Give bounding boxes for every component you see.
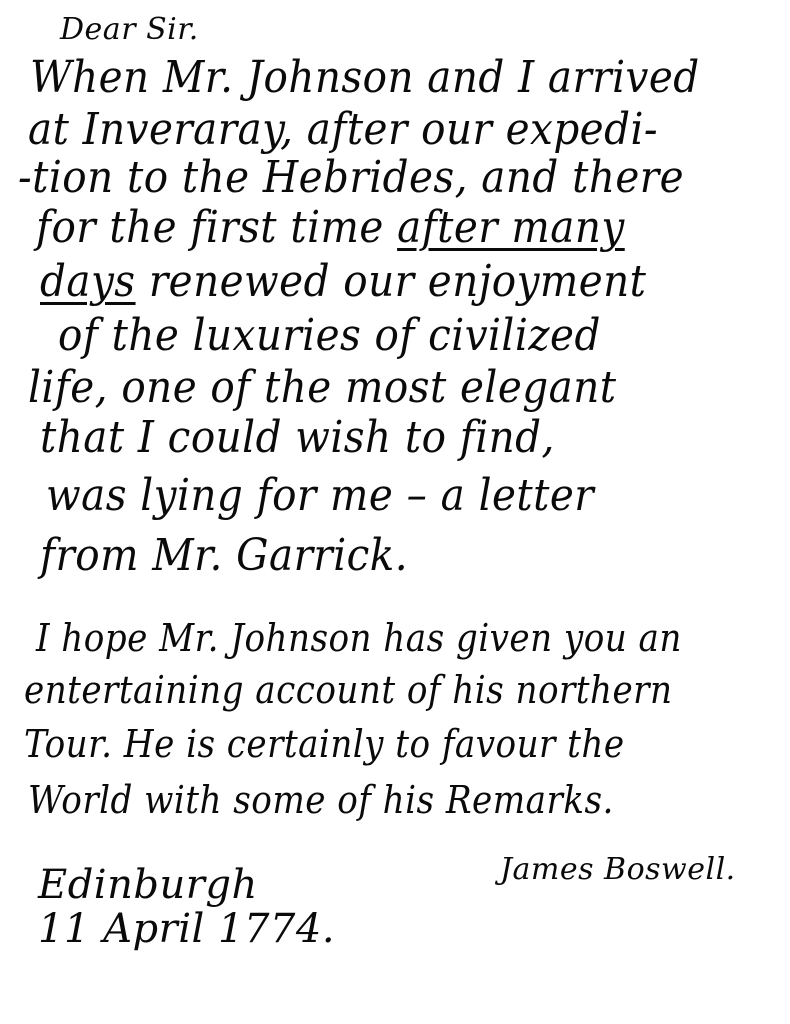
body-line-9: was lying for me – a letter bbox=[46, 470, 594, 521]
body-line-4-text: for the first time bbox=[36, 202, 384, 253]
body-line-6: of the luxuries of civilized bbox=[58, 310, 601, 361]
date: 11 April 1774. bbox=[38, 906, 335, 952]
body-line-3: -tion to the Hebrides, and there bbox=[18, 152, 684, 203]
salutation: Dear Sir. bbox=[60, 12, 199, 47]
underlined-after-many: after many bbox=[397, 202, 625, 253]
underlined-days: days bbox=[40, 256, 136, 307]
body-line-10: from Mr. Garrick. bbox=[40, 530, 408, 581]
body-line-7: life, one of the most elegant bbox=[28, 362, 616, 413]
place: Edinburgh bbox=[38, 862, 258, 908]
body-line-4: for the first time after many bbox=[36, 202, 625, 253]
body-line-8: that I could wish to find, bbox=[40, 412, 555, 463]
body-line-14: World with some of his Remarks. bbox=[28, 778, 614, 822]
body-line-5: days renewed our enjoyment bbox=[40, 256, 646, 307]
signature: James Boswell. bbox=[500, 852, 736, 887]
body-line-2: at Inveraray, after our expedi- bbox=[28, 104, 658, 155]
body-line-13: Tour. He is certainly to favour the bbox=[24, 722, 625, 766]
body-line-11: I hope Mr. Johnson has given you an bbox=[36, 616, 682, 660]
body-line-5-text: renewed our enjoyment bbox=[149, 256, 647, 307]
letter-page: Dear Sir. When Mr. Johnson and I arrived… bbox=[0, 0, 790, 1024]
body-line-1: When Mr. Johnson and I arrived bbox=[30, 52, 700, 103]
body-line-12: entertaining account of his northern bbox=[24, 668, 672, 712]
